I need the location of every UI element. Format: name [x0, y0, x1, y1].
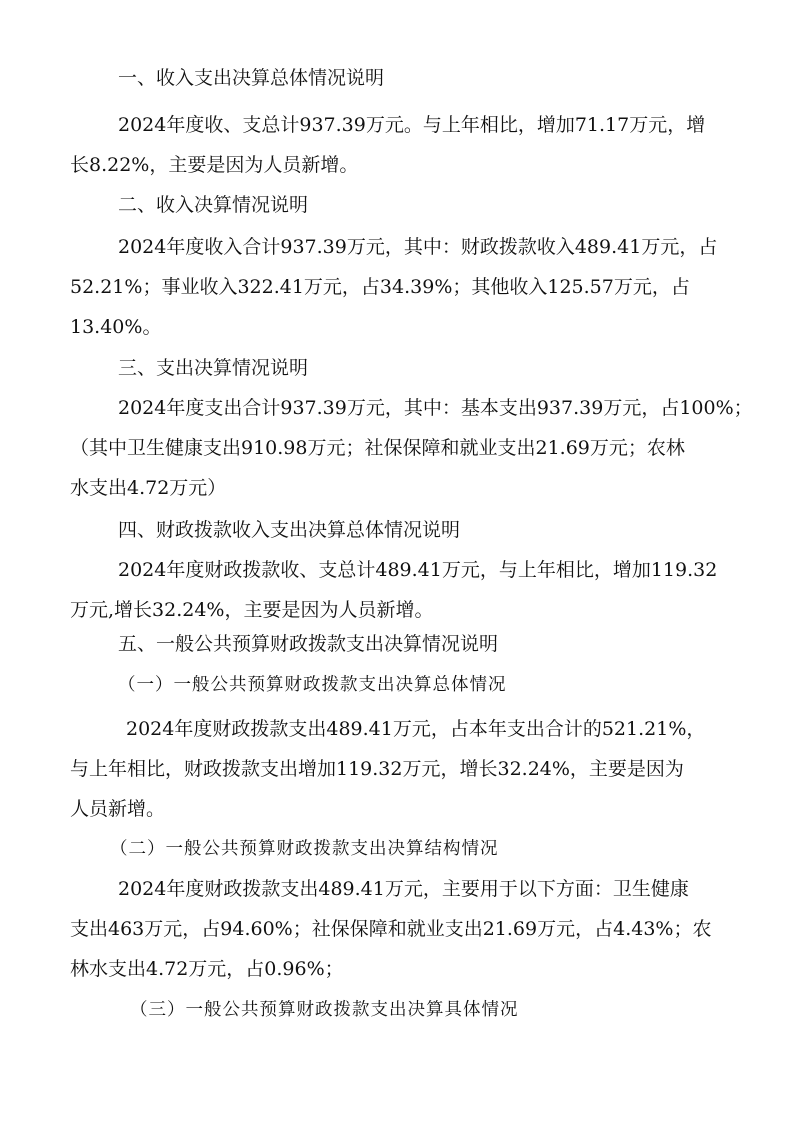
section-4-line-1: 2024年度财政拨款收、支总计489.41万元，与上年相比，增加119.32 — [118, 558, 717, 582]
document-page: 一、收入支出决算总体情况说明 2024年度收、支总计937.39万元。与上年相比… — [0, 0, 793, 1122]
section-1-line-2: 长8.22%，主要是因为人员新增。 — [70, 153, 358, 177]
section-3-line-1: 2024年度支出合计937.39万元，其中：基本支出937.39万元，占100%… — [118, 396, 753, 420]
subsection-5-2-line-2: 支出463万元，占94.60%；社保保障和就业支出21.69万元，占4.43%；… — [70, 917, 711, 941]
section-2-line-3: 13.40%。 — [70, 315, 161, 339]
subsection-5-2-line-1: 2024年度财政拨款支出489.41万元，主要用于以下方面：卫生健康 — [118, 877, 689, 901]
section-3-line-2: （其中卫生健康支出910.98万元；社保保障和就业支出21.69万元；农林 — [70, 436, 685, 460]
section-2-heading: 二、收入决算情况说明 — [118, 193, 308, 217]
section-1-heading: 一、收入支出决算总体情况说明 — [118, 66, 384, 90]
section-2-line-1: 2024年度收入合计937.39万元，其中：财政拨款收入489.41万元，占 — [118, 235, 717, 259]
section-3-line-3: 水支出4.72万元） — [70, 476, 226, 500]
subsection-5-1-line-2: 与上年相比，财政拨款支出增加119.32万元，增长32.24%，主要是因为 — [70, 757, 684, 781]
section-5-heading: 五、一般公共预算财政拨款支出决算情况说明 — [118, 632, 498, 656]
subsection-5-1-line-1: 2024年度财政拨款支出489.41万元，占本年支出合计的521.21%， — [126, 717, 705, 741]
section-3-heading: 三、支出决算情况说明 — [118, 356, 308, 380]
section-4-heading: 四、财政拨款收入支出决算总体情况说明 — [118, 518, 460, 542]
subsection-5-1-heading: （一）一般公共预算财政拨款支出决算总体情况 — [118, 673, 507, 697]
subsection-5-3-heading: （三）一般公共预算财政拨款支出决算具体情况 — [130, 998, 519, 1022]
section-2-line-2: 52.21%；事业收入322.41万元，占34.39%；其他收入125.57万元… — [70, 275, 690, 299]
section-4-line-2: 万元,增长32.24%，主要是因为人员新增。 — [70, 598, 434, 622]
subsection-5-2-line-3: 林水支出4.72万元，占0.96%； — [70, 957, 344, 981]
subsection-5-2-heading: （二）一般公共预算财政拨款支出决算结构情况 — [110, 837, 499, 861]
subsection-5-1-line-3: 人员新增。 — [70, 797, 165, 821]
section-1-line-1: 2024年度收、支总计937.39万元。与上年相比，增加71.17万元，增 — [118, 113, 705, 137]
